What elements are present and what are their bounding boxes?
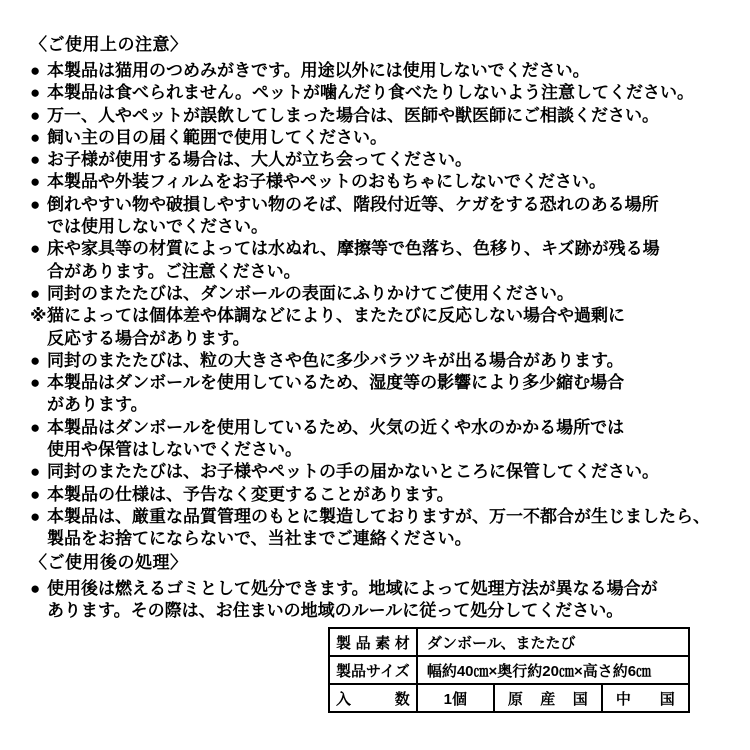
notice-line: ●本製品の仕様は、予告なく変更することがあります。: [30, 484, 744, 506]
notice-line: 合があります。ご注意ください。: [30, 261, 744, 283]
notice-line: ●本製品は猫用のつめみがきです。用途以外には使用しないでください。: [30, 60, 744, 82]
bullet-marker: ●: [30, 127, 47, 149]
bullet-marker: ●: [30, 82, 47, 104]
notice-line-text: 倒れやすい物や破損しやすい物のそば、階段付近等、ケガをする恐れのある場所: [47, 195, 659, 214]
notice-line-text: 本製品は食べられません。ペットが噛んだり食べたりしないよう注意してください。: [47, 83, 694, 102]
notice-text-block: 〈ご使用上の注意〉●本製品は猫用のつめみがきです。用途以外には使用しないでくださ…: [30, 33, 744, 622]
notice-line: あります。その際は、お住まいの地域のルールに従って処分してください。: [30, 600, 744, 622]
notice-line: ●使用後は燃えるゴミとして処分できます。地域によって処理方法が異なる場合が: [30, 578, 744, 600]
section-heading: 〈ご使用後の処理〉: [30, 551, 744, 575]
notice-line-text: 本製品はダンボールを使用しているため、火気の近くや水のかかる場所では: [47, 418, 624, 437]
notice-line-text: 本製品の仕様は、予告なく変更することがあります。: [47, 485, 454, 504]
notice-line: では使用しないでください。: [30, 216, 744, 238]
spec-value-cell: ダンボール、またたび: [417, 628, 689, 656]
notice-line: ●本製品や外装フィルムをお子様やペットのおもちゃにしないでください。: [30, 171, 744, 193]
notice-line-text: 本製品や外装フィルムをお子様やペットのおもちゃにしないでください。: [47, 172, 606, 191]
spec-table-row: 製品サイズ幅約40㎝×奥行約20㎝×高さ約6㎝: [329, 656, 689, 684]
bullet-marker: ●: [30, 171, 47, 193]
notice-line-text: 本製品は、厳重な品質管理のもとに製造しておりますが、万一不都合が生じましたら、: [47, 507, 710, 526]
bullet-marker: ●: [30, 238, 47, 260]
spec-value-cell: 中国: [602, 684, 689, 712]
notice-line-text: 同封のまたたびは、粒の大きさや色に多少バラツキが出る場合があります。: [47, 351, 624, 370]
notice-line-text: 猫によっては個体差や体調などにより、またたびに反応しない場合や過剰に: [47, 306, 625, 325]
notice-line: ●本製品は、厳重な品質管理のもとに製造しておりますが、万一不都合が生じましたら、: [30, 506, 744, 528]
notice-line-text: 飼い主の目の届く範囲で使用してください。: [47, 128, 387, 147]
notice-line-text: 使用後は燃えるゴミとして処分できます。地域によって処理方法が異なる場合が: [47, 579, 658, 598]
spec-label-cell: 製品サイズ: [329, 656, 417, 684]
spec-label-cell: 入数: [329, 684, 417, 712]
spec-value-cell: 幅約40㎝×奥行約20㎝×高さ約6㎝: [417, 656, 689, 684]
notice-line: ●同封のまたたびは、粒の大きさや色に多少バラツキが出る場合があります。: [30, 350, 744, 372]
spec-label-cell: 製品素材: [329, 628, 417, 656]
notice-line-text: 本製品は猫用のつめみがきです。用途以外には使用しないでください。: [47, 61, 590, 80]
notice-line: ※猫によっては個体差や体調などにより、またたびに反応しない場合や過剰に: [30, 305, 744, 327]
notice-line-text: 同封のまたたびは、ダンボールの表面にふりかけてご使用ください。: [47, 284, 574, 303]
bullet-marker: ●: [30, 484, 47, 506]
notice-line-text: 本製品はダンボールを使用しているため、湿度等の影響により多少縮む場合: [47, 373, 624, 392]
notice-line: 反応する場合があります。: [30, 328, 744, 350]
spec-table-row: 入数1個原産国中国: [329, 684, 689, 712]
caution-sheet: 〈ご使用上の注意〉●本製品は猫用のつめみがきです。用途以外には使用しないでくださ…: [0, 0, 750, 750]
notice-line: 使用や保管はしないでください。: [30, 439, 744, 461]
notice-line: ●同封のまたたびは、お子様やペットの手の届かないところに保管してください。: [30, 461, 744, 483]
notice-line: ●本製品は食べられません。ペットが噛んだり食べたりしないよう注意してください。: [30, 82, 744, 104]
notice-line: ●同封のまたたびは、ダンボールの表面にふりかけてご使用ください。: [30, 283, 744, 305]
section-heading: 〈ご使用上の注意〉: [30, 33, 744, 57]
bullet-marker: ●: [30, 461, 47, 483]
notice-line: ●本製品はダンボールを使用しているため、火気の近くや水のかかる場所では: [30, 417, 744, 439]
bullet-marker: ●: [30, 372, 47, 394]
notice-line-text: お子様が使用する場合は、大人が立ち会ってください。: [47, 150, 472, 169]
bullet-marker: ●: [30, 417, 47, 439]
bullet-marker: ●: [30, 149, 47, 171]
notice-line: ●本製品はダンボールを使用しているため、湿度等の影響により多少縮む場合: [30, 372, 744, 394]
notice-line: があります。: [30, 394, 744, 416]
bullet-marker: ●: [30, 283, 47, 305]
notice-line-text: 万一、人やペットが誤飲してしまった場合は、医師や獣医師にご相談ください。: [47, 106, 659, 125]
notice-line: ●飼い主の目の届く範囲で使用してください。: [30, 127, 744, 149]
notice-line-text: 床や家具等の材質によっては水ぬれ、摩擦等で色落ち、色移り、キズ跡が残る場: [47, 239, 660, 258]
notice-line: ●万一、人やペットが誤飲してしまった場合は、医師や獣医師にご相談ください。: [30, 105, 744, 127]
notice-line-text: 同封のまたたびは、お子様やペットの手の届かないところに保管してください。: [47, 462, 659, 481]
bullet-marker: ●: [30, 194, 47, 216]
spec-value-cell: 原産国: [494, 684, 602, 712]
bullet-marker: ●: [30, 105, 47, 127]
notice-line: ●お子様が使用する場合は、大人が立ち会ってください。: [30, 149, 744, 171]
bullet-marker: ●: [30, 506, 47, 528]
notice-line: 製品をお捨てにならないで、当社までご連絡ください。: [30, 528, 744, 550]
spec-value-cell: 1個: [417, 684, 494, 712]
bullet-marker: ●: [30, 350, 47, 372]
bullet-marker: ●: [30, 578, 47, 600]
notice-line: ●床や家具等の材質によっては水ぬれ、摩擦等で色落ち、色移り、キズ跡が残る場: [30, 238, 744, 260]
note-marker: ※: [30, 305, 47, 327]
bullet-marker: ●: [30, 60, 47, 82]
spec-table-row: 製品素材ダンボール、またたび: [329, 628, 689, 656]
product-spec-table: 製品素材ダンボール、またたび製品サイズ幅約40㎝×奥行約20㎝×高さ約6㎝入数1…: [328, 627, 690, 713]
notice-line: ●倒れやすい物や破損しやすい物のそば、階段付近等、ケガをする恐れのある場所: [30, 194, 744, 216]
